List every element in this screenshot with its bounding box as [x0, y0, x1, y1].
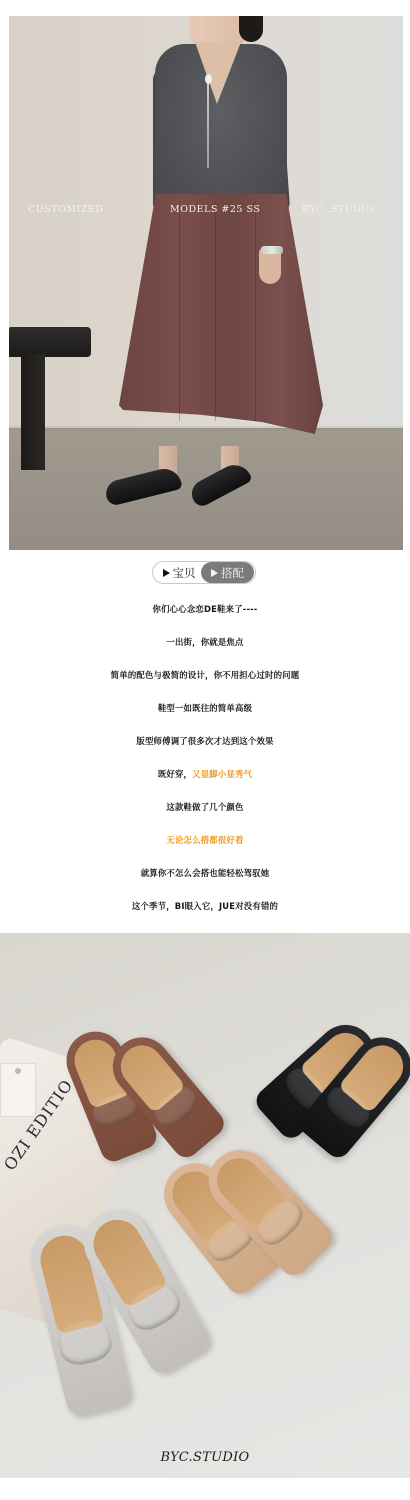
copy-line: 无论怎么搭都很好看 [0, 834, 410, 846]
model-hair [239, 16, 263, 42]
hang-tag [0, 1063, 36, 1117]
bench-leg [21, 354, 45, 470]
trouser-fold [215, 201, 216, 421]
tag-hole [15, 1068, 21, 1074]
copy-line: 这款鞋做了几个颜色 [0, 801, 410, 813]
wristwatch [261, 246, 283, 254]
highlight-text: 又显脚小显秀气 [192, 769, 252, 779]
view-toggle[interactable]: 宝贝 搭配 [152, 561, 256, 584]
play-triangle-icon [163, 569, 170, 577]
product-photo: OZI EDITIO [0, 933, 410, 1478]
play-triangle-icon [211, 569, 218, 577]
caption-models: MODELS #25 SS [170, 204, 260, 215]
copy-line: 你们心心念恋DE鞋来了---- [0, 603, 410, 615]
trousers [119, 194, 323, 434]
necklace-pendant [205, 74, 212, 84]
highlight-text: 无论怎么搭都很好看 [166, 835, 243, 845]
toggle-option-item-label: 宝贝 [173, 565, 196, 581]
trouser-fold [179, 201, 180, 421]
bench [9, 327, 91, 357]
necklace-chain [207, 78, 209, 168]
trouser-fold [255, 201, 256, 421]
copy-line: 简单的配色与极简的设计，你不用担心过时的问题 [0, 669, 410, 681]
copy-line: 鞋型一如既往的简单高级 [0, 702, 410, 714]
copy-line: 版型师傅调了很多次才达到这个效果 [0, 735, 410, 747]
copy-line: 既好穿，又显脚小显秀气 [0, 768, 410, 780]
copy-line: 这个季节，BI眼入它，JUE对没有错的 [0, 900, 410, 912]
toggle-option-outfit-label: 搭配 [221, 565, 244, 581]
caption-customized: CUSTOMIZED [28, 204, 104, 215]
hero-photo [9, 16, 403, 550]
hero-caption-row: CUSTOMIZED MODELS #25 SS BYC .STUDIO [0, 204, 410, 216]
cardigan-vneck [195, 42, 241, 104]
copy-line: 一出街，你就是焦点 [0, 636, 410, 648]
floor-shadow [9, 426, 403, 432]
brand-watermark: BYC.STUDIO [0, 1450, 410, 1465]
copy-line: 就算你不怎么会搭也能轻松驾驭她 [0, 867, 410, 879]
toggle-option-outfit[interactable]: 搭配 [201, 562, 254, 583]
caption-brand: BYC .STUDIO [302, 204, 374, 215]
toggle-option-item[interactable]: 宝贝 [153, 562, 201, 583]
